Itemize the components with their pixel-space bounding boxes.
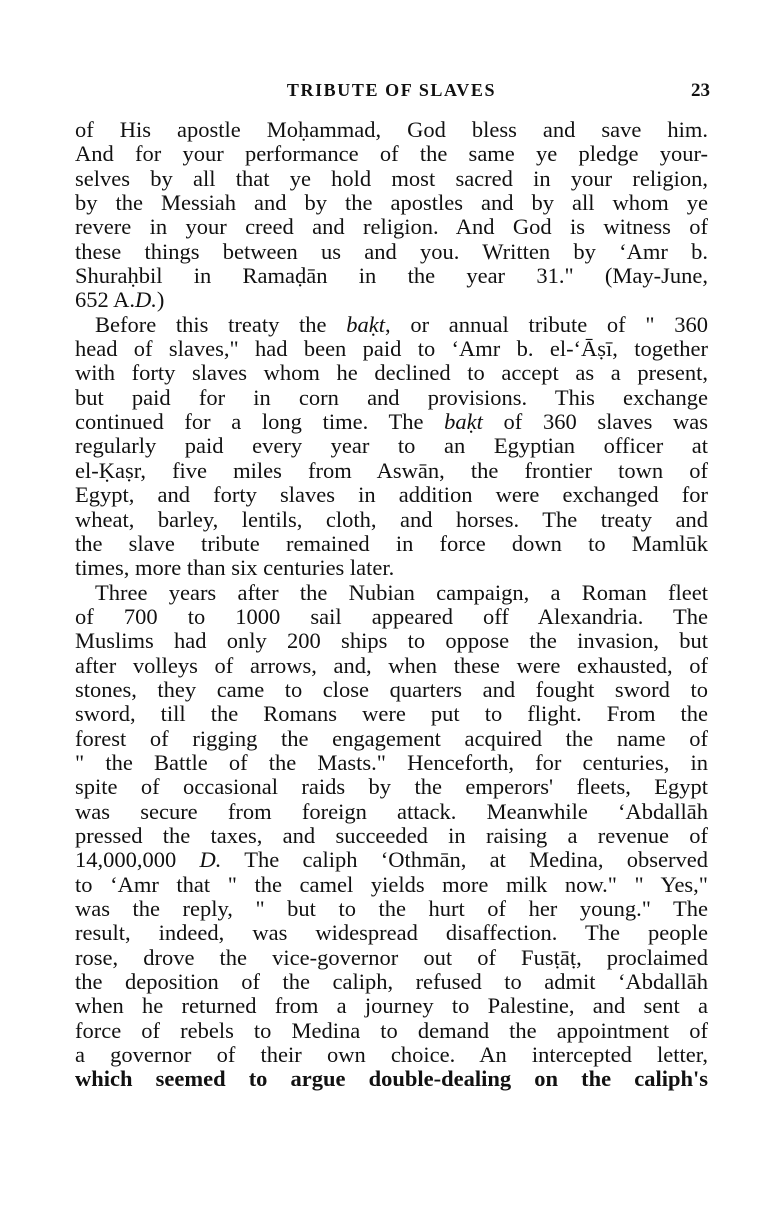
- text-line: stones, they came to close quarters and …: [75, 678, 708, 702]
- italic-term: D.: [135, 287, 157, 312]
- text-line: these things between us and you. Written…: [75, 240, 708, 264]
- italic-term: baḳt: [444, 409, 483, 434]
- running-title: TRIBUTE OF SLAVES: [75, 80, 708, 101]
- text-line: selves by all that ye hold most sacred i…: [75, 167, 708, 191]
- text-line: with forty slaves whom he declined to ac…: [75, 361, 708, 385]
- text-line: el-Ḳaṣr, five miles from Aswān, the fron…: [75, 459, 708, 483]
- text-line: of His apostle Moḥammad, God bless and s…: [75, 118, 708, 142]
- text-line: sword, till the Romans were put to fligh…: [75, 702, 708, 726]
- text-line: continued for a long time. The baḳt of 3…: [75, 410, 708, 434]
- text-line: 652 A.D.): [75, 288, 708, 312]
- text-line: to ‘Amr that " the camel yields more mil…: [75, 873, 708, 897]
- text-line: regularly paid every year to an Egyptian…: [75, 434, 708, 458]
- text-line: was secure from foreign attack. Meanwhil…: [75, 800, 708, 824]
- text-line: after volleys of arrows, and, when these…: [75, 654, 708, 678]
- italic-term: baḳt: [346, 312, 385, 337]
- text-line: the slave tribute remained in force down…: [75, 532, 708, 556]
- italic-term: D.: [200, 847, 222, 872]
- text-line: result, indeed, was widespread disaffect…: [75, 921, 708, 945]
- text-line: was the reply, " but to the hurt of her …: [75, 897, 708, 921]
- text-line: force of rebels to Medina to demand the …: [75, 1019, 708, 1043]
- text-line: Shuraḥbil in Ramaḍān in the year 31." (M…: [75, 264, 708, 288]
- text-line: pressed the taxes, and succeeded in rais…: [75, 824, 708, 848]
- text-line: times, more than six centuries later.: [75, 556, 708, 580]
- page-number: 23: [691, 80, 710, 102]
- book-page: TRIBUTE OF SLAVES 23 of His apostle Moḥa…: [0, 0, 780, 1226]
- paragraph-start-line: Three years after the Nubian campaign, a…: [75, 581, 708, 605]
- paragraph-start-line: Before this treaty the baḳt, or annual t…: [75, 313, 708, 337]
- text-line: when he returned from a journey to Pales…: [75, 994, 708, 1018]
- text-line: 14,000,000 D. The caliph ‘Othmān, at Med…: [75, 848, 708, 872]
- text-line: which seemed to argue double-dealing on …: [75, 1067, 708, 1091]
- text-line: forest of rigging the engagement acquire…: [75, 727, 708, 751]
- text-line: of 700 to 1000 sail appeared off Alexand…: [75, 605, 708, 629]
- text-line: by the Messiah and by the apostles and b…: [75, 191, 708, 215]
- text-line: a governor of their own choice. An inter…: [75, 1043, 708, 1067]
- text-line: head of slaves," had been paid to ‘Amr b…: [75, 337, 708, 361]
- body-text: of His apostle Moḥammad, God bless and s…: [75, 118, 708, 1092]
- text-line: the deposition of the caliph, refused to…: [75, 970, 708, 994]
- text-line: rose, drove the vice-governor out of Fus…: [75, 946, 708, 970]
- text-line: but paid for in corn and provisions. Thi…: [75, 386, 708, 410]
- text-line: spite of occasional raids by the emperor…: [75, 775, 708, 799]
- text-line: And for your performance of the same ye …: [75, 142, 708, 166]
- text-line: revere in your creed and religion. And G…: [75, 215, 708, 239]
- text-line: Muslims had only 200 ships to oppose the…: [75, 629, 708, 653]
- text-line: " the Battle of the Masts." Henceforth, …: [75, 751, 708, 775]
- running-head: TRIBUTE OF SLAVES 23: [75, 78, 708, 106]
- text-line: Egypt, and forty slaves in addition were…: [75, 483, 708, 507]
- text-line: wheat, barley, lentils, cloth, and horse…: [75, 508, 708, 532]
